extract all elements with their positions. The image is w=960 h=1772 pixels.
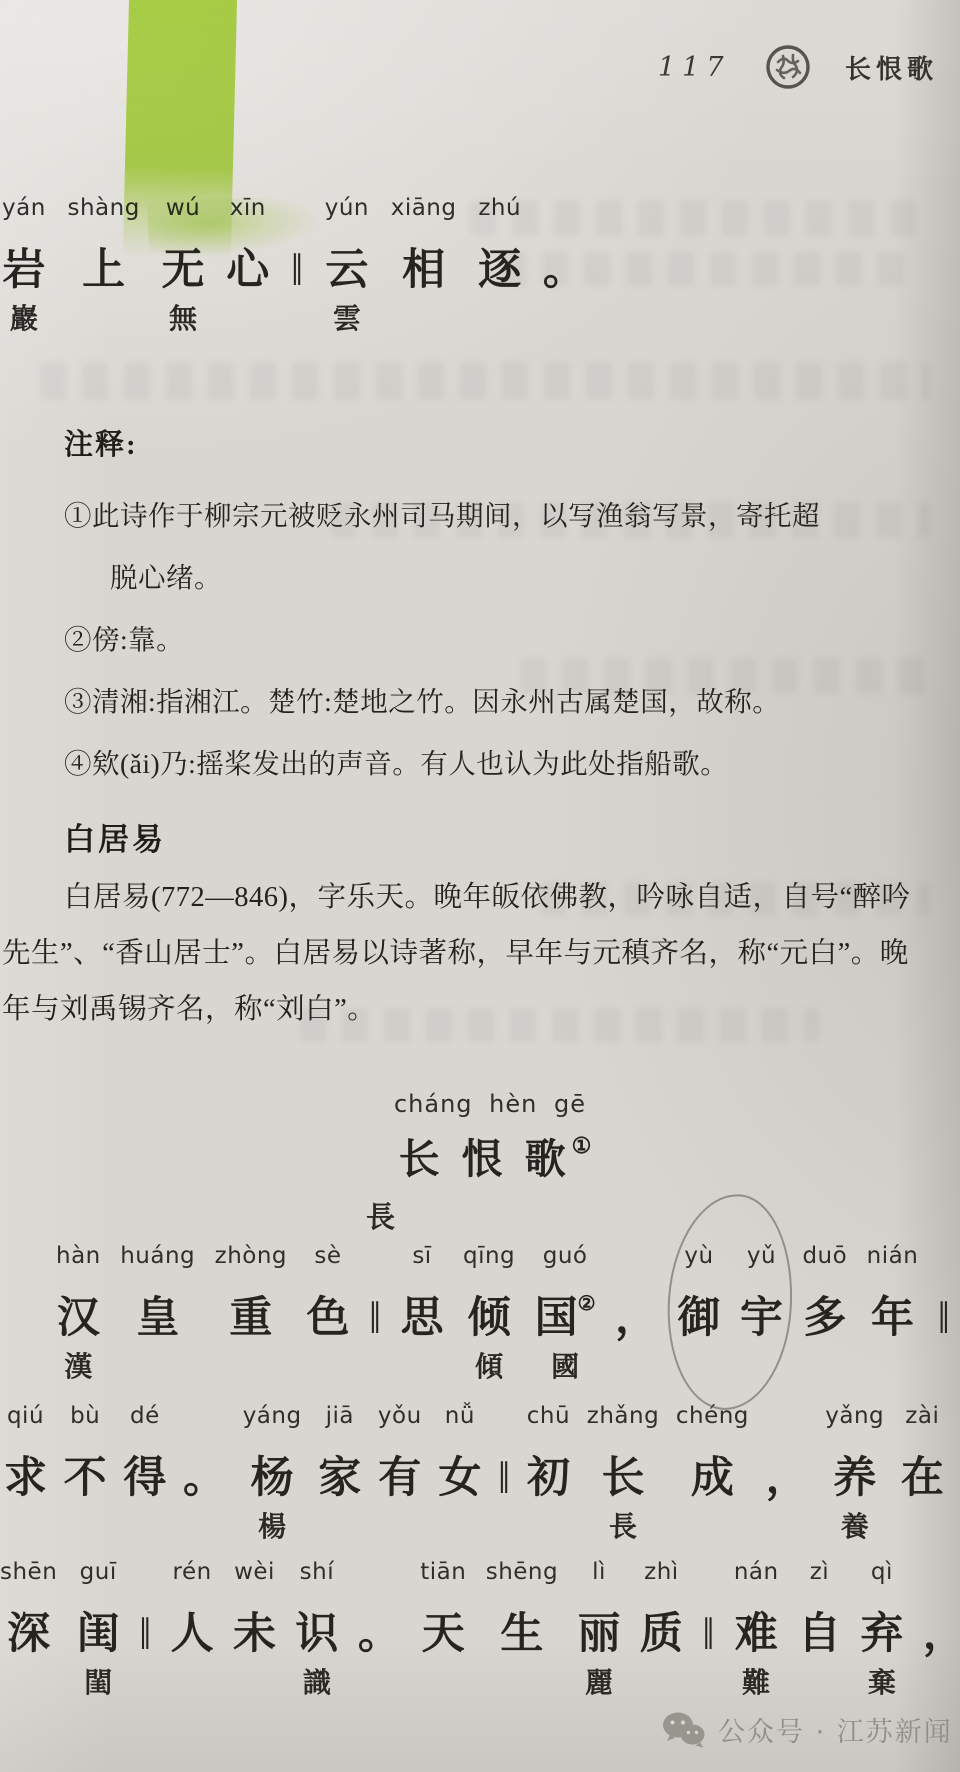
hanzi: 杨 bbox=[251, 1438, 294, 1505]
pinyin: sī bbox=[412, 1242, 431, 1272]
variant-hanzi: 養 bbox=[841, 1511, 869, 1547]
pinyin: rén bbox=[173, 1558, 212, 1588]
poem-syllable: qì 弃 棄 bbox=[860, 1558, 903, 1703]
variant-hanzi: 雲 bbox=[333, 303, 361, 339]
note-ref: ① bbox=[572, 1133, 592, 1158]
poem-syllable: ‖ bbox=[369, 1242, 381, 1387]
hanzi: 深 bbox=[7, 1594, 50, 1661]
pinyin: yù bbox=[684, 1242, 713, 1272]
pinyin: shēn bbox=[0, 1558, 57, 1588]
pinyin: zài bbox=[905, 1402, 939, 1432]
poem-title-block: cháng hèn gē 长恨歌① 長 bbox=[330, 1090, 650, 1236]
poem-syllable: qīng 倾 傾 bbox=[463, 1242, 515, 1387]
notes-section: 注释: ①此诗作于柳宗元被贬永州司马期间，以写渔翁写景，寄托超 脱心绪。 ②傍:… bbox=[64, 422, 944, 795]
poem-syllable: chū 初 bbox=[527, 1402, 570, 1547]
hanzi: 相 bbox=[402, 230, 445, 297]
poem-syllable: jiā 家 bbox=[318, 1402, 361, 1547]
hanzi: 不 bbox=[64, 1438, 107, 1505]
poem-syllable: lì 丽 麗 bbox=[578, 1558, 621, 1703]
wechat-icon bbox=[662, 1711, 706, 1749]
poem-syllable: nián 年 bbox=[867, 1242, 919, 1387]
poem-syllable: wú 无 無 bbox=[162, 194, 205, 339]
poem-line-qiubude: qiú 求 bù 不 dé 得 。 yáng 杨 楊 jiā 家 bbox=[4, 1402, 944, 1547]
hanzi: 识 bbox=[295, 1594, 338, 1661]
poem-syllable: wèi 未 bbox=[233, 1558, 276, 1703]
hanzi: ， bbox=[923, 1594, 960, 1661]
hanzi: 养 bbox=[833, 1438, 876, 1505]
poem-syllable: yǒu 有 bbox=[378, 1402, 422, 1547]
poem-syllable: tiān 天 bbox=[420, 1558, 466, 1703]
pinyin: huáng bbox=[120, 1242, 195, 1272]
pinyin: chū bbox=[527, 1402, 570, 1432]
hanzi: 国② bbox=[535, 1278, 596, 1345]
hanzi: 皇 bbox=[136, 1278, 179, 1345]
poem-syllable: hàn 汉 漢 bbox=[56, 1242, 101, 1387]
poem-line-yanshang: yán 岩 巖 shàng 上 wú 无 無 xīn 心 ‖ yún bbox=[2, 194, 586, 339]
poem-syllable: xiāng 相 bbox=[391, 194, 457, 339]
showthrough-ghost bbox=[40, 362, 930, 400]
hanzi: 家 bbox=[318, 1438, 361, 1505]
notes-heading: 注释: bbox=[64, 422, 944, 463]
poem-syllable: duō 多 bbox=[802, 1242, 847, 1387]
page-header: 117 长恨歌 bbox=[658, 42, 938, 92]
poem-syllable: sè 色 bbox=[307, 1242, 350, 1387]
pinyin: qīng bbox=[463, 1242, 515, 1272]
poem-syllable: rén 人 bbox=[171, 1558, 214, 1703]
hanzi: ‖ bbox=[369, 1276, 381, 1346]
hanzi: 色 bbox=[307, 1278, 350, 1345]
variant-hanzi: 長 bbox=[609, 1511, 637, 1547]
poem-syllable: 。 bbox=[543, 194, 586, 339]
variant-hanzi: 巖 bbox=[10, 303, 38, 339]
poem-syllable: yán 岩 巖 bbox=[2, 194, 46, 339]
hanzi: 弃 bbox=[860, 1594, 903, 1661]
pinyin: wèi bbox=[234, 1558, 275, 1588]
hanzi: 生 bbox=[500, 1594, 543, 1661]
hanzi: 求 bbox=[4, 1438, 47, 1505]
hanzi: 丽 bbox=[578, 1594, 621, 1661]
poem-syllable: shēng 生 bbox=[486, 1558, 558, 1703]
pinyin: yǔ bbox=[747, 1242, 776, 1272]
pinyin: zhǎng bbox=[587, 1402, 659, 1432]
poem-syllable: dé 得 bbox=[123, 1402, 166, 1547]
poem-syllable: zhú 逐 bbox=[478, 194, 521, 339]
pinyin: sè bbox=[314, 1242, 341, 1272]
pinyin: zhú bbox=[478, 194, 521, 224]
page-number: 117 bbox=[658, 52, 731, 83]
poem-syllable: yǔ 宇 bbox=[740, 1242, 783, 1387]
poem-syllable: 。 bbox=[183, 1402, 226, 1547]
hanzi: ‖ bbox=[291, 228, 303, 298]
poem-syllable: guó 国② 國 bbox=[535, 1242, 596, 1387]
hanzi: 天 bbox=[422, 1594, 465, 1661]
hanzi: 长 bbox=[601, 1438, 644, 1505]
poem-title-variant: 長 bbox=[330, 1195, 650, 1236]
hanzi: 得 bbox=[123, 1438, 166, 1505]
pinyin: lì bbox=[592, 1558, 606, 1588]
variant-hanzi: 棄 bbox=[868, 1667, 896, 1703]
poem-syllable: huáng 皇 bbox=[120, 1242, 195, 1387]
hanzi: 。 bbox=[183, 1438, 226, 1505]
poem-syllable: nán 难 難 bbox=[734, 1558, 779, 1703]
poem-syllable: shēn 深 bbox=[0, 1558, 57, 1703]
poem-syllable: zài 在 bbox=[901, 1402, 944, 1547]
hanzi: 自 bbox=[798, 1594, 841, 1661]
author-heading: 白居易 bbox=[64, 814, 166, 859]
variant-hanzi: 國 bbox=[551, 1351, 579, 1387]
poem-line-hanhuang: hàn 汉 漢 huáng 皇 zhòng 重 sè 色 ‖ sī bbox=[56, 1242, 950, 1387]
poem-syllable: xīn 心 bbox=[226, 194, 269, 339]
poem-syllable: 。 bbox=[358, 1558, 401, 1703]
note-item: ③清湘:指湘江。楚竹:楚地之竹。因永州古属楚国，故称。 bbox=[64, 671, 944, 733]
pinyin: guó bbox=[543, 1242, 588, 1272]
watermark: 公众号 · 江苏新闻 bbox=[662, 1710, 953, 1749]
hanzi: 质 bbox=[640, 1594, 683, 1661]
hanzi: 难 bbox=[735, 1594, 778, 1661]
poem-syllable: yún 云 雲 bbox=[325, 194, 369, 339]
poem-syllable: shí 识 識 bbox=[295, 1558, 338, 1703]
hanzi: 岩 bbox=[2, 230, 45, 297]
chapter-title: 长恨歌 bbox=[845, 49, 938, 86]
note-item: ④欸(ǎi)乃:摇桨发出的声音。有人也认为此处指船歌。 bbox=[64, 733, 944, 795]
poem-title: 长恨歌① bbox=[330, 1126, 650, 1185]
hanzi: ， bbox=[766, 1438, 809, 1505]
pinyin: shí bbox=[300, 1558, 334, 1588]
hanzi: 心 bbox=[226, 230, 269, 297]
pinyin: tiān bbox=[420, 1558, 466, 1588]
variant-hanzi: 楊 bbox=[258, 1511, 286, 1547]
pinyin: zhòng bbox=[215, 1242, 287, 1272]
poem-title-pinyin: cháng hèn gē bbox=[330, 1090, 650, 1118]
poem-syllable: yáng 杨 楊 bbox=[243, 1402, 302, 1547]
hanzi: 年 bbox=[871, 1278, 914, 1345]
variant-hanzi: 麗 bbox=[585, 1667, 613, 1703]
hanzi: 无 bbox=[162, 230, 205, 297]
note-item: 脱心绪。 bbox=[64, 547, 944, 609]
note-item: ②傍:靠。 bbox=[64, 609, 944, 671]
author-bio: 白居易(772—846)，字乐天。晚年皈依佛教，吟咏自适，自号“醉吟 先生”、“… bbox=[2, 870, 954, 1038]
pinyin: xīn bbox=[230, 194, 266, 224]
hanzi: 宇 bbox=[740, 1278, 783, 1345]
variant-hanzi: 無 bbox=[169, 303, 197, 339]
pinyin: chéng bbox=[676, 1402, 749, 1432]
hanzi: 初 bbox=[527, 1438, 570, 1505]
pinyin: guī bbox=[80, 1558, 117, 1588]
poem-syllable: ， bbox=[766, 1402, 809, 1547]
hanzi: 女 bbox=[438, 1438, 481, 1505]
watermark-text: 公众号 · 江苏新闻 bbox=[718, 1710, 953, 1749]
poem-syllable: bù 不 bbox=[64, 1402, 107, 1547]
poem-syllable: sī 思 bbox=[401, 1242, 444, 1387]
hanzi: 在 bbox=[901, 1438, 944, 1505]
poem-syllable: yù 御 bbox=[678, 1242, 721, 1387]
poem-syllable: shàng 上 bbox=[68, 194, 140, 339]
ink-seal-icon bbox=[763, 42, 813, 92]
pinyin: dé bbox=[130, 1402, 160, 1432]
notes-list: ①此诗作于柳宗元被贬永州司马期间，以写渔翁写景，寄托超 脱心绪。 ②傍:靠。 ③… bbox=[64, 485, 944, 795]
variant-hanzi: 傾 bbox=[475, 1351, 503, 1387]
pinyin: yáng bbox=[243, 1402, 302, 1432]
hanzi: 闺 bbox=[77, 1594, 120, 1661]
pinyin: qiú bbox=[7, 1402, 44, 1432]
pinyin: jiā bbox=[326, 1402, 354, 1432]
poem-syllable: zhǎng 长 長 bbox=[587, 1402, 659, 1547]
hanzi: 思 bbox=[401, 1278, 444, 1345]
pinyin: hàn bbox=[56, 1242, 101, 1272]
poem-syllable: zì 自 bbox=[798, 1558, 841, 1703]
poem-syllable: yǎng 养 養 bbox=[825, 1402, 884, 1547]
bio-line: 白居易(772—846)，字乐天。晚年皈依佛教，吟咏自适，自号“醉吟 bbox=[2, 870, 954, 926]
poem-syllable: guī 闺 閨 bbox=[77, 1558, 120, 1703]
hanzi: 。 bbox=[358, 1594, 401, 1661]
bio-line: 年与刘禹锡齐名，称“刘白”。 bbox=[2, 982, 954, 1038]
variant-hanzi: 閨 bbox=[84, 1667, 112, 1703]
pinyin: zhì bbox=[644, 1558, 679, 1588]
hanzi: 未 bbox=[233, 1594, 276, 1661]
pinyin: yún bbox=[325, 194, 369, 224]
poem-syllable: ， bbox=[923, 1558, 960, 1703]
pinyin: xiāng bbox=[391, 194, 457, 224]
variant-hanzi: 漢 bbox=[64, 1351, 92, 1387]
hanzi: 多 bbox=[803, 1278, 846, 1345]
poem-syllable: ‖ bbox=[938, 1242, 950, 1387]
hanzi: 汉 bbox=[57, 1278, 100, 1345]
hanzi: ‖ bbox=[139, 1592, 151, 1662]
note-item: ①此诗作于柳宗元被贬永州司马期间，以写渔翁写景，寄托超 bbox=[64, 485, 944, 547]
hanzi: 云 bbox=[325, 230, 368, 297]
pinyin: zì bbox=[810, 1558, 829, 1588]
hanzi: 上 bbox=[82, 230, 125, 297]
hanzi: 御 bbox=[678, 1278, 721, 1345]
poem-line-shengui: shēn 深 guī 闺 閨 ‖ rén 人 wèi 未 shí 识 bbox=[0, 1558, 960, 1703]
pinyin: wú bbox=[166, 194, 200, 224]
hanzi: ‖ bbox=[938, 1276, 950, 1346]
pinyin: duō bbox=[802, 1242, 847, 1272]
poem-syllable: zhì 质 bbox=[640, 1558, 683, 1703]
variant-hanzi: 識 bbox=[303, 1667, 331, 1703]
poem-syllable: qiú 求 bbox=[4, 1402, 47, 1547]
poem-syllable: ‖ bbox=[702, 1558, 714, 1703]
hanzi: 重 bbox=[229, 1278, 272, 1345]
bio-line: 先生”、“香山居士”。白居易以诗著称，早年与元稹齐名，称“元白”。晚 bbox=[2, 926, 954, 982]
poem-syllable: ， bbox=[615, 1242, 658, 1387]
hanzi: 人 bbox=[171, 1594, 214, 1661]
hanzi: 有 bbox=[378, 1438, 421, 1505]
pinyin: nián bbox=[867, 1242, 919, 1272]
poem-syllable: ‖ bbox=[291, 194, 303, 339]
poem-syllable: chéng 成 bbox=[676, 1402, 749, 1547]
hanzi: ‖ bbox=[498, 1436, 510, 1506]
hanzi: 逐 bbox=[478, 230, 521, 297]
pinyin: nán bbox=[734, 1558, 779, 1588]
poem-syllable: ‖ bbox=[498, 1402, 510, 1547]
poem-syllable: nǚ 女 bbox=[438, 1402, 481, 1547]
pinyin: shēng bbox=[486, 1558, 558, 1588]
hanzi: 。 bbox=[543, 230, 586, 297]
note-ref: ② bbox=[578, 1293, 596, 1315]
variant-hanzi: 難 bbox=[742, 1667, 770, 1703]
pinyin: shàng bbox=[68, 194, 140, 224]
pinyin: nǚ bbox=[445, 1402, 475, 1432]
hanzi: ， bbox=[615, 1278, 658, 1345]
pinyin: bù bbox=[70, 1402, 100, 1432]
poem-syllable: zhòng 重 bbox=[215, 1242, 287, 1387]
pinyin: yán bbox=[2, 194, 46, 224]
poem-syllable: ‖ bbox=[139, 1558, 151, 1703]
hanzi: 成 bbox=[691, 1438, 734, 1505]
pinyin: yǎng bbox=[825, 1402, 884, 1432]
hanzi: ‖ bbox=[702, 1592, 714, 1662]
pinyin: yǒu bbox=[378, 1402, 422, 1432]
hanzi: 倾 bbox=[468, 1278, 511, 1345]
pinyin: qì bbox=[871, 1558, 893, 1588]
